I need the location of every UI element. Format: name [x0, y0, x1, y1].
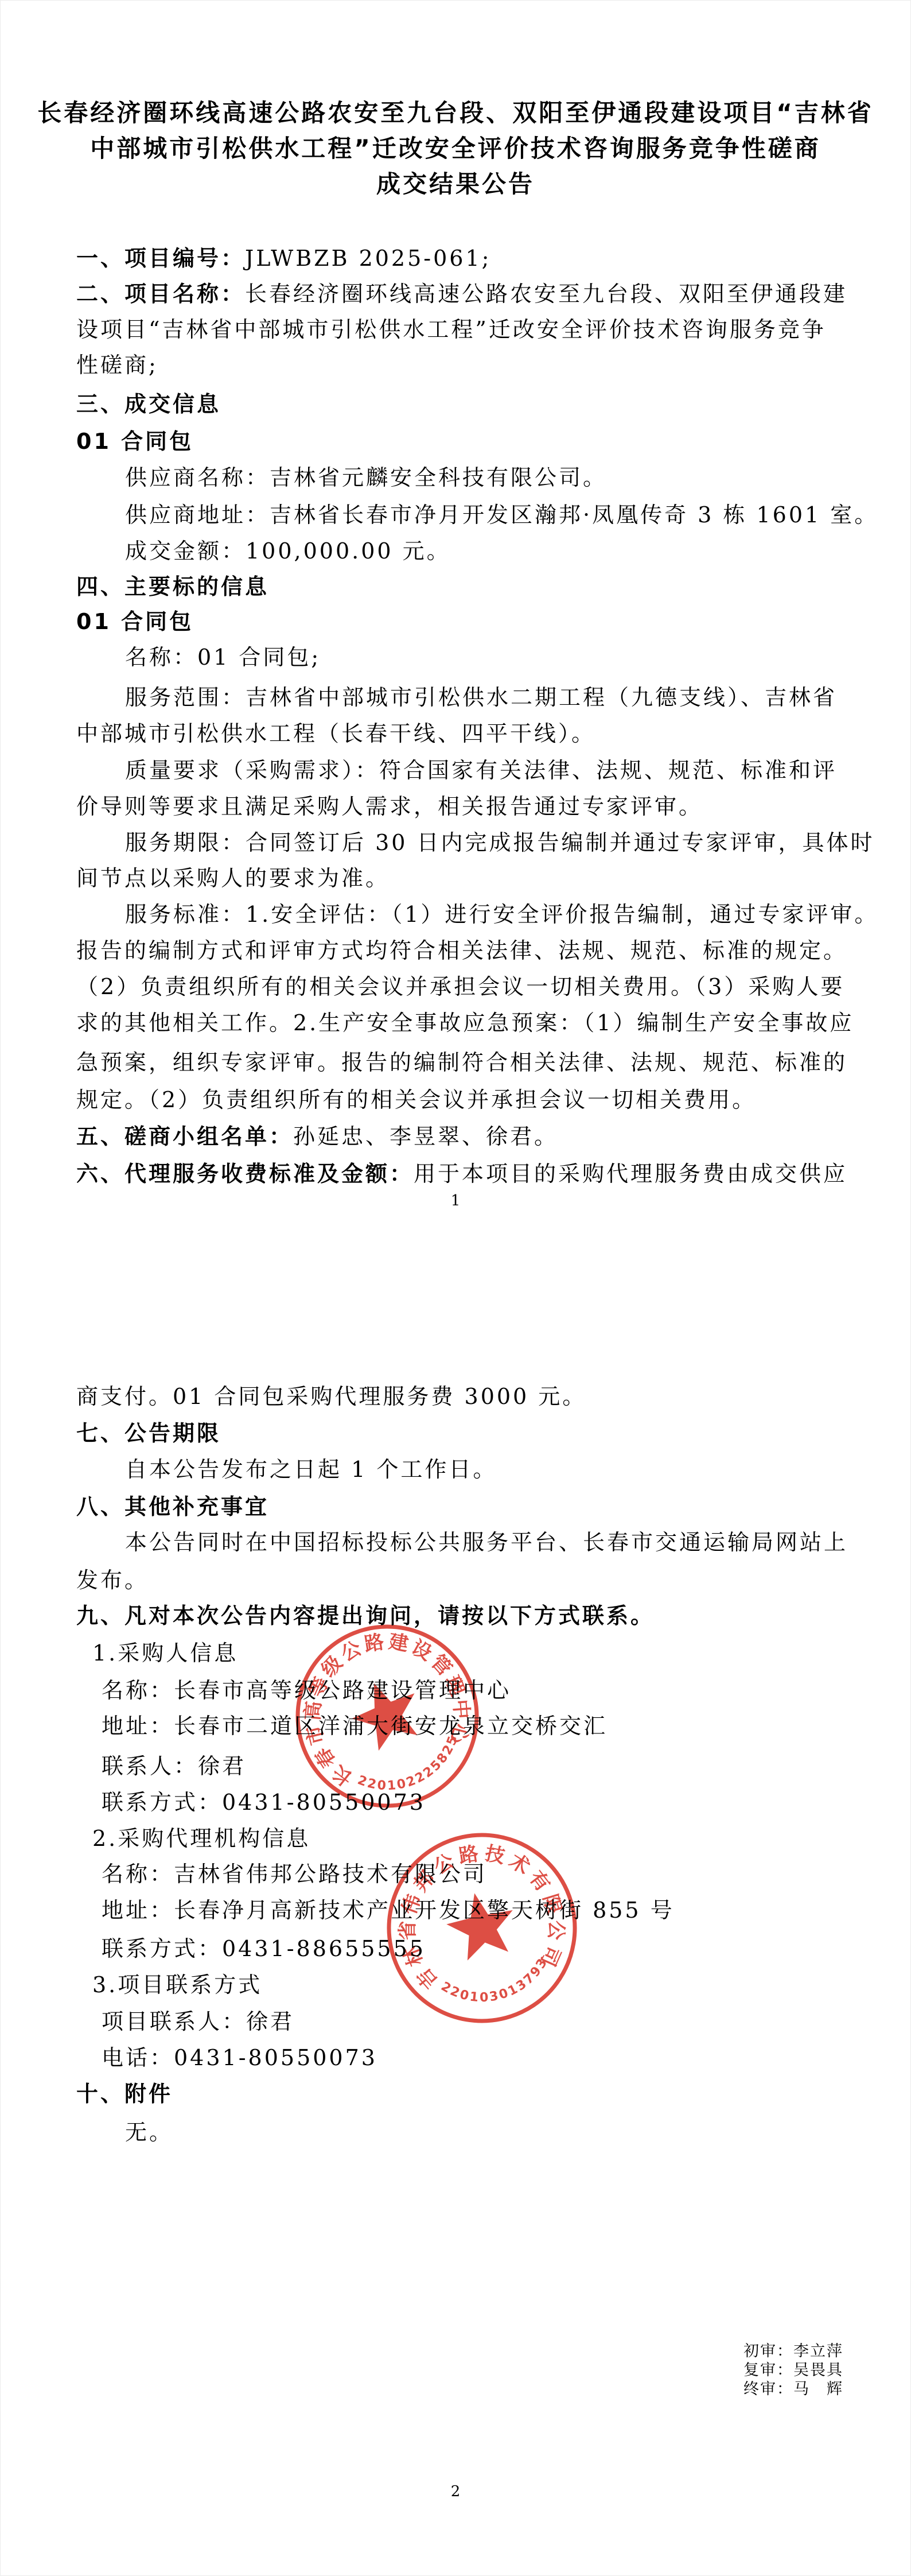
text-segment: 设项目“吉林省中部城市引松供水工程”迁改安全评价技术咨询服务竞争: [76, 317, 826, 342]
line-agency-address: 地址：长春净月高新技术产业开发区擎天树街 855 号: [102, 1899, 675, 1922]
subsection-heading: 1.采购人信息: [92, 1642, 238, 1665]
bold-text-segment: 中部城市引松供水工程”迁改安全评价技术咨询服务竞争性磋商: [90, 134, 821, 162]
text-segment: 本公告同时在中国招标投标公共服务平台、长春市交通运输局网站上: [125, 1530, 848, 1555]
bold-text-segment: 长春经济圈环线高速公路农安至九台段、双阳至伊通段建设项目“吉林省: [37, 99, 874, 127]
text-segment: 间节点以采购人的要求为准。: [76, 866, 390, 891]
document-page: 长春经济圈环线高速公路农安至九台段、双阳至伊通段建设项目“吉林省中部城市引松供水…: [0, 0, 911, 2576]
bold-text-segment: 九、凡对本次公告内容提出询问，请按以下方式联系。: [76, 1603, 655, 1628]
text-segment: 发布。: [76, 1568, 149, 1593]
page-number: 1: [1, 1193, 910, 1208]
document-line: 间节点以采购人的要求为准。: [76, 867, 390, 890]
text-segment: 联系方式：0431-80550073: [102, 1790, 426, 1815]
line-deal-amount: 成交金额：100,000.00 元。: [125, 540, 451, 562]
line-project-number: 一、项目编号：JLWBZB 2025-061;: [76, 247, 491, 270]
document-line: 商支付。01 合同包采购代理服务费 3000 元。: [76, 1386, 586, 1408]
section-heading: 十、附件: [76, 2083, 173, 2105]
text-segment: 名称：吉林省伟邦公路技术有限公司: [102, 1861, 487, 1887]
text-segment: 联系人：徐君: [102, 1753, 246, 1779]
agency-seal-stamp: 吉林省伟邦公路技术有限公司 2201030137937: [346, 1792, 618, 2064]
document-line: （2）负责组织所有的相关会议并承担会议一切相关费用。（3）采购人要: [76, 976, 844, 998]
line-agency-phone: 联系方式：0431-88655555: [102, 1938, 426, 1960]
document-line: 无。: [125, 2121, 173, 2144]
bold-text-segment: 二、项目名称：: [76, 281, 245, 307]
text-segment: 名称：01 合同包;: [125, 645, 321, 670]
text-segment: 供应商名称：吉林省元麟安全科技有限公司。: [125, 465, 607, 490]
text-segment: 成交金额：100,000.00 元。: [125, 538, 451, 564]
text-segment: 初审：李立萍: [743, 2342, 843, 2360]
bold-text-segment: 成交结果公告: [376, 170, 535, 198]
document-line: 急预案，组织专家评审。报告的编制符合相关法律、法规、规范、标准的: [76, 1052, 847, 1074]
text-segment: 地址：长春净月高新技术产业开发区擎天树街 855 号: [102, 1898, 675, 1923]
line-supplier-address: 供应商地址：吉林省长春市净月开发区瀚邦·凤凰传奇 3 栋 1601 室。: [125, 504, 878, 526]
seal-ring-text: 长春市高等级公路建设管理中心: [275, 1604, 489, 1805]
section-heading: 四、主要标的信息: [76, 576, 269, 598]
text-segment: 1.采购人信息: [92, 1640, 238, 1666]
text-segment: 质量要求（采购需求）：符合国家有关法律、法规、规范、标准和评: [125, 758, 837, 783]
line-quality-requirement: 质量要求（采购需求）：符合国家有关法律、法规、规范、标准和评: [125, 759, 837, 782]
bold-text-segment: 五、磋商小组名单：: [76, 1124, 293, 1149]
line-project-phone: 电话：0431-80550073: [102, 2047, 377, 2069]
text-segment: 项目联系人：徐君: [102, 2009, 294, 2034]
document-title-line: 长春经济圈环线高速公路农安至九台段、双阳至伊通段建设项目“吉林省: [1, 101, 910, 126]
document-line: 中部城市引松供水工程（长春干线、四平干线）。: [76, 723, 595, 745]
document-title-line: 成交结果公告: [1, 172, 910, 197]
bold-text-segment: 四、主要标的信息: [76, 574, 269, 599]
line-purchaser-address: 地址：长春市二道区洋浦大街安龙泉立交桥交汇: [102, 1715, 608, 1737]
text-segment: 2: [451, 2483, 461, 2500]
bold-text-segment: 01 合同包: [76, 429, 193, 454]
line-panel-members: 五、磋商小组名单：孙延忠、李昱翠、徐君。: [76, 1126, 558, 1148]
document-line: 求的其他相关工作。2.生产安全事故应急预案：（1）编制生产安全事故应: [76, 1012, 854, 1034]
text-segment: 无。: [125, 2120, 173, 2145]
bold-text-segment: 十、附件: [76, 2081, 173, 2106]
text-segment: 报告的编制方式和评审方式均符合相关法律、法规、规范、标准的规定。: [76, 938, 847, 963]
document-line: 设项目“吉林省中部城市引松供水工程”迁改安全评价技术咨询服务竞争: [76, 319, 826, 341]
text-segment: 服务范围：吉林省中部城市引松供水二期工程（九德支线）、吉林省: [125, 685, 837, 710]
contract-package-heading: 01 合同包: [76, 611, 193, 633]
text-segment: 规定。（2）负责组织所有的相关会议并承担会议一切相关费用。: [76, 1087, 756, 1112]
text-segment: 服务标准：1.安全评估：（1）进行安全评价报告编制，通过专家评审。: [125, 902, 878, 927]
line-purchaser-phone: 联系方式：0431-80550073: [102, 1791, 426, 1814]
text-segment: 服务期限：合同签订后 30 日内完成报告编制并通过专家评审，具体时: [125, 830, 875, 855]
document-line: 价导则等要求且满足采购人需求，相关报告通过专家评审。: [76, 796, 703, 818]
document-line: 规定。（2）负责组织所有的相关会议并承担会议一切相关费用。: [76, 1089, 756, 1111]
line-project-name: 二、项目名称：长春经济圈环线高速公路农安至九台段、双阳至伊通段建: [76, 283, 847, 305]
text-segment: （2）负责组织所有的相关会议并承担会议一切相关费用。（3）采购人要: [76, 974, 844, 999]
text-segment: 商支付。01 合同包采购代理服务费 3000 元。: [76, 1384, 586, 1409]
text-segment: 供应商地址：吉林省长春市净月开发区瀚邦·凤凰传奇 3 栋 1601 室。: [125, 502, 878, 527]
text-segment: 1: [451, 1192, 461, 1209]
bold-text-segment: 六、代理服务收费标准及金额：: [76, 1161, 414, 1186]
bold-text-segment: 七、公告期限: [76, 1421, 221, 1446]
section-heading: 八、其他补充事宜: [76, 1496, 269, 1518]
text-segment: 中部城市引松供水工程（长春干线、四平干线）。: [76, 721, 595, 746]
section-heading: 九、凡对本次公告内容提出询问，请按以下方式联系。: [76, 1605, 655, 1627]
text-segment: 2.采购代理机构信息: [92, 1826, 310, 1851]
text-segment: 求的其他相关工作。2.生产安全事故应急预案：（1）编制生产安全事故应: [76, 1010, 854, 1035]
section-heading: 三、成交信息: [76, 393, 221, 416]
document-line: 本公告同时在中国招标投标公共服务平台、长春市交通运输局网站上: [125, 1531, 848, 1554]
line-agency-fee: 六、代理服务收费标准及金额：用于本项目的采购代理服务费由成交供应: [76, 1163, 847, 1185]
text-segment: 长春经济圈环线高速公路农安至九台段、双阳至伊通段建: [245, 281, 847, 307]
text-segment: JLWBZB 2025-061;: [245, 246, 491, 271]
text-segment: 终审：马 辉: [743, 2380, 843, 2398]
text-segment: 急预案，组织专家评审。报告的编制符合相关法律、法规、规范、标准的: [76, 1050, 847, 1075]
document-line: 发布。: [76, 1569, 149, 1592]
subsection-heading: 2.采购代理机构信息: [92, 1828, 310, 1850]
bold-text-segment: 三、成交信息: [76, 391, 221, 417]
text-segment: 3.项目联系方式: [92, 1972, 262, 1997]
text-segment: 名称：长春市高等级公路建设管理中心: [102, 1678, 511, 1703]
line-project-contact: 项目联系人：徐君: [102, 2011, 294, 2033]
text-segment: 价导则等要求且满足采购人需求，相关报告通过专家评审。: [76, 794, 703, 819]
section-heading: 七、公告期限: [76, 1422, 221, 1445]
document-line: 报告的编制方式和评审方式均符合相关法律、法规、规范、标准的规定。: [76, 940, 847, 962]
page-number: 2: [1, 2484, 910, 2499]
line-notice-period: 自本公告发布之日起 1 个工作日。: [125, 1458, 497, 1481]
line-agency-name: 名称：吉林省伟邦公路技术有限公司: [102, 1863, 487, 1886]
text-segment: 孙延忠、李昱翠、徐君。: [293, 1124, 558, 1149]
reviewer-line: 终审：马 辉: [743, 2381, 843, 2397]
document-line: 性磋商;: [76, 354, 158, 377]
bold-text-segment: 八、其他补充事宜: [76, 1494, 269, 1519]
text-segment: 联系方式：0431-88655555: [102, 1936, 426, 1961]
contract-package-heading: 01 合同包: [76, 430, 193, 453]
document-title-line: 中部城市引松供水工程”迁改安全评价技术咨询服务竞争性磋商: [1, 137, 910, 161]
bold-text-segment: 一、项目编号：: [76, 246, 245, 271]
text-segment: 用于本项目的采购代理服务费由成交供应: [414, 1161, 847, 1186]
text-segment: 复审：吴畏具: [743, 2361, 843, 2379]
reviewer-line: 初审：李立萍: [743, 2344, 843, 2359]
line-supplier-name: 供应商名称：吉林省元麟安全科技有限公司。: [125, 467, 607, 489]
reviewer-line: 复审：吴畏具: [743, 2362, 843, 2378]
line-service-term: 服务期限：合同签订后 30 日内完成报告编制并通过专家评审，具体时: [125, 832, 875, 854]
text-segment: 自本公告发布之日起 1 个工作日。: [125, 1457, 497, 1482]
line-service-standard: 服务标准：1.安全评估：（1）进行安全评价报告编制，通过专家评审。: [125, 903, 878, 926]
subsection-heading: 3.项目联系方式: [92, 1974, 262, 1996]
seal-ring-circle: [372, 1818, 592, 2038]
text-segment: 性磋商;: [76, 352, 158, 378]
document-line: 名称：01 合同包;: [125, 646, 321, 669]
text-segment: 地址：长春市二道区洋浦大街安龙泉立交桥交汇: [102, 1713, 608, 1739]
text-segment: 电话：0431-80550073: [102, 2045, 377, 2070]
line-purchaser-contact: 联系人：徐君: [102, 1755, 246, 1778]
line-service-scope: 服务范围：吉林省中部城市引松供水二期工程（九德支线）、吉林省: [125, 686, 837, 709]
line-purchaser-name: 名称：长春市高等级公路建设管理中心: [102, 1679, 511, 1702]
bold-text-segment: 01 合同包: [76, 609, 193, 634]
